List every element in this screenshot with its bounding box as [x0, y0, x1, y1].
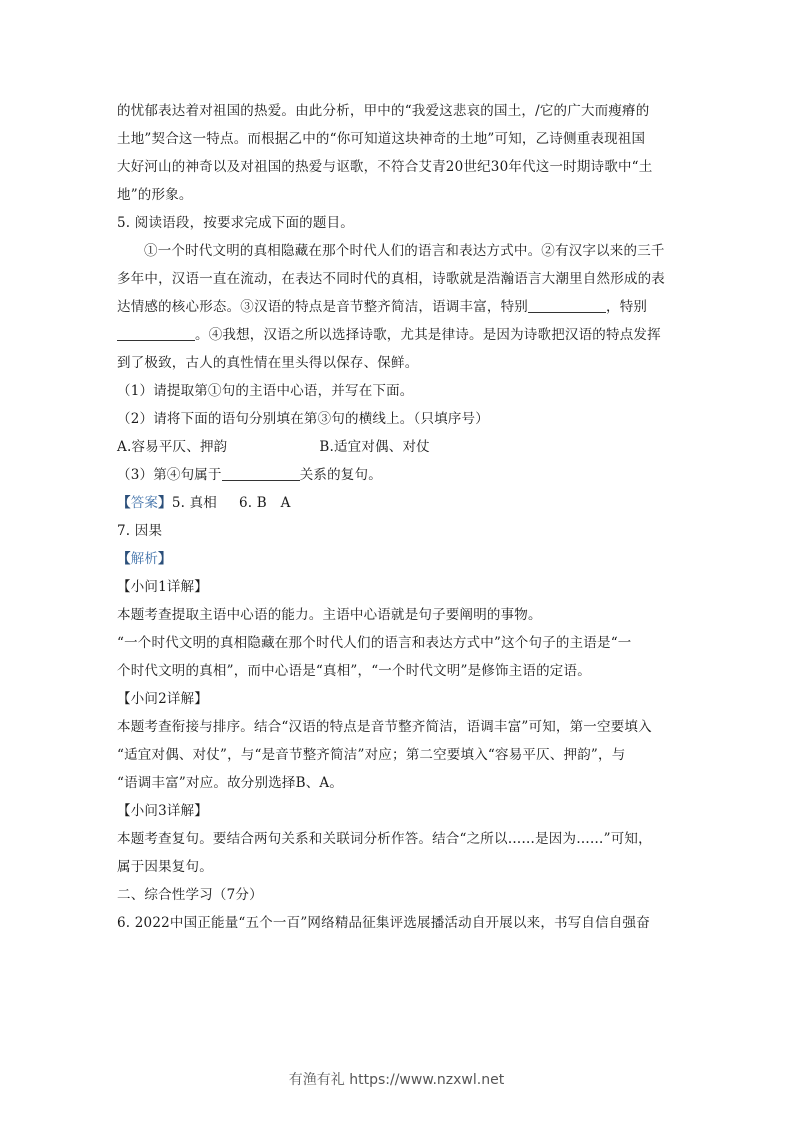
- analysis-text: “一个时代文明的真相隐藏在那个时代人们的语言和表达方式中”这个句子的主语是“一: [117, 629, 683, 657]
- sub-question-2-heading: 【小问2详解】: [117, 685, 683, 713]
- text-line: 土地”契合这一特点。而根据乙中的“你可知道这块神奇的土地”可知，乙诗侧重表现祖国: [117, 125, 683, 153]
- answer-5: 5. 真相: [172, 495, 217, 511]
- analysis-text: “适宜对偶、对仗”，与“是音节整齐简洁”对应；第二空要填入“容易平仄、押韵”，与: [117, 741, 683, 769]
- answer-7: 7. 因果: [117, 517, 683, 545]
- analysis-text: 本题考查衔接与排序。结合“汉语的特点是音节整齐简洁，语调丰富”可知，第一空要填入: [117, 713, 683, 741]
- analysis-text: “语调丰富”对应。故分别选择B、A。: [117, 769, 683, 797]
- passage-line: 。④我想，汉语之所以选择诗歌，尤其是律诗。是因为诗歌把汉语的特点发挥: [117, 321, 683, 349]
- passage-line: ①一个时代文明的真相隐藏在那个时代人们的语言和表达方式中。②有汉字以来的三千: [117, 237, 683, 265]
- passage-line: 达情感的核心形态。③汉语的特点是音节整齐简洁，语调丰富，特别，特别: [117, 293, 683, 321]
- analysis-text: 本题考查提取主语中心语的能力。主语中心语就是句子要阐明的事物。: [117, 601, 683, 629]
- sub-question-1: （1）请提取第①句的主语中心语，并写在下面。: [117, 377, 683, 405]
- answer-6: 6. B A: [239, 495, 291, 511]
- footer-watermark: 有渔有礼 https://www.nzxwl.net: [0, 1069, 793, 1089]
- document-page: 的忧郁表达着对祖国的热爱。由此分析，甲中的“我爱这悲哀的国土，/它的广大而瘦瘠的…: [117, 97, 683, 937]
- answer-line: 【答案】5. 真相6. B A: [117, 489, 683, 517]
- question-6: 6. 2022中国正能量“五个一百”网络精品征集评选展播活动自开展以来，书写自信…: [117, 909, 683, 937]
- sub-question-1-heading: 【小问1详解】: [117, 573, 683, 601]
- analysis-text: 本题考查复句。要结合两句关系和关联词分析作答。结合“之所以……是因为……”可知，: [117, 825, 683, 853]
- question-5-title: 5. 阅读语段，按要求完成下面的题目。: [117, 209, 683, 237]
- fill-blank-1: [528, 298, 606, 313]
- passage-text: ，特别: [606, 299, 647, 315]
- fill-blank-2: [117, 326, 195, 341]
- text-line: 的忧郁表达着对祖国的热爱。由此分析，甲中的“我爱这悲哀的国土，/它的广大而瘦瘠的: [117, 97, 683, 125]
- passage-line: 到了极致，古人的真性情在里头得以保存、保鲜。: [117, 349, 683, 377]
- passage-text: 。④我想，汉语之所以选择诗歌，尤其是律诗。是因为诗歌把汉语的特点发挥: [195, 327, 661, 343]
- analysis-tag: 【解析】: [117, 551, 172, 567]
- analysis-line: 【解析】: [117, 545, 683, 573]
- option-a: A.容易平仄、押韵: [117, 439, 227, 455]
- passage-line: 多年中，汉语一直在流动，在表达不同时代的真相，诗歌就是浩瀚语言大潮里自然形成的表: [117, 265, 683, 293]
- sub-question-2: （2）请将下面的语句分别填在第③句的横线上。（只填序号）: [117, 405, 683, 433]
- sub-question-3: （3）第④句属于关系的复句。: [117, 461, 683, 489]
- analysis-text: 个时代文明的真相”，而中心语是“真相”，“一个时代文明”是修饰主语的定语。: [117, 657, 683, 685]
- fill-blank-3: [222, 466, 300, 481]
- text-line: 大好河山的神奇以及对祖国的热爱与讴歌，不符合艾青20世纪30年代这一时期诗歌中“…: [117, 153, 683, 181]
- options-line: A.容易平仄、押韵B.适宜对偶、对仗: [117, 433, 683, 461]
- answer-tag: 【答案】: [117, 495, 172, 511]
- passage-text: 达情感的核心形态。③汉语的特点是音节整齐简洁，语调丰富，特别: [117, 299, 528, 315]
- option-b: B.适宜对偶、对仗: [319, 439, 430, 455]
- section-2-title: 二、综合性学习（7分）: [117, 881, 683, 909]
- sub-question-3-heading: 【小问3详解】: [117, 797, 683, 825]
- analysis-text: 属于因果复句。: [117, 853, 683, 881]
- text-line: 地”的形象。: [117, 181, 683, 209]
